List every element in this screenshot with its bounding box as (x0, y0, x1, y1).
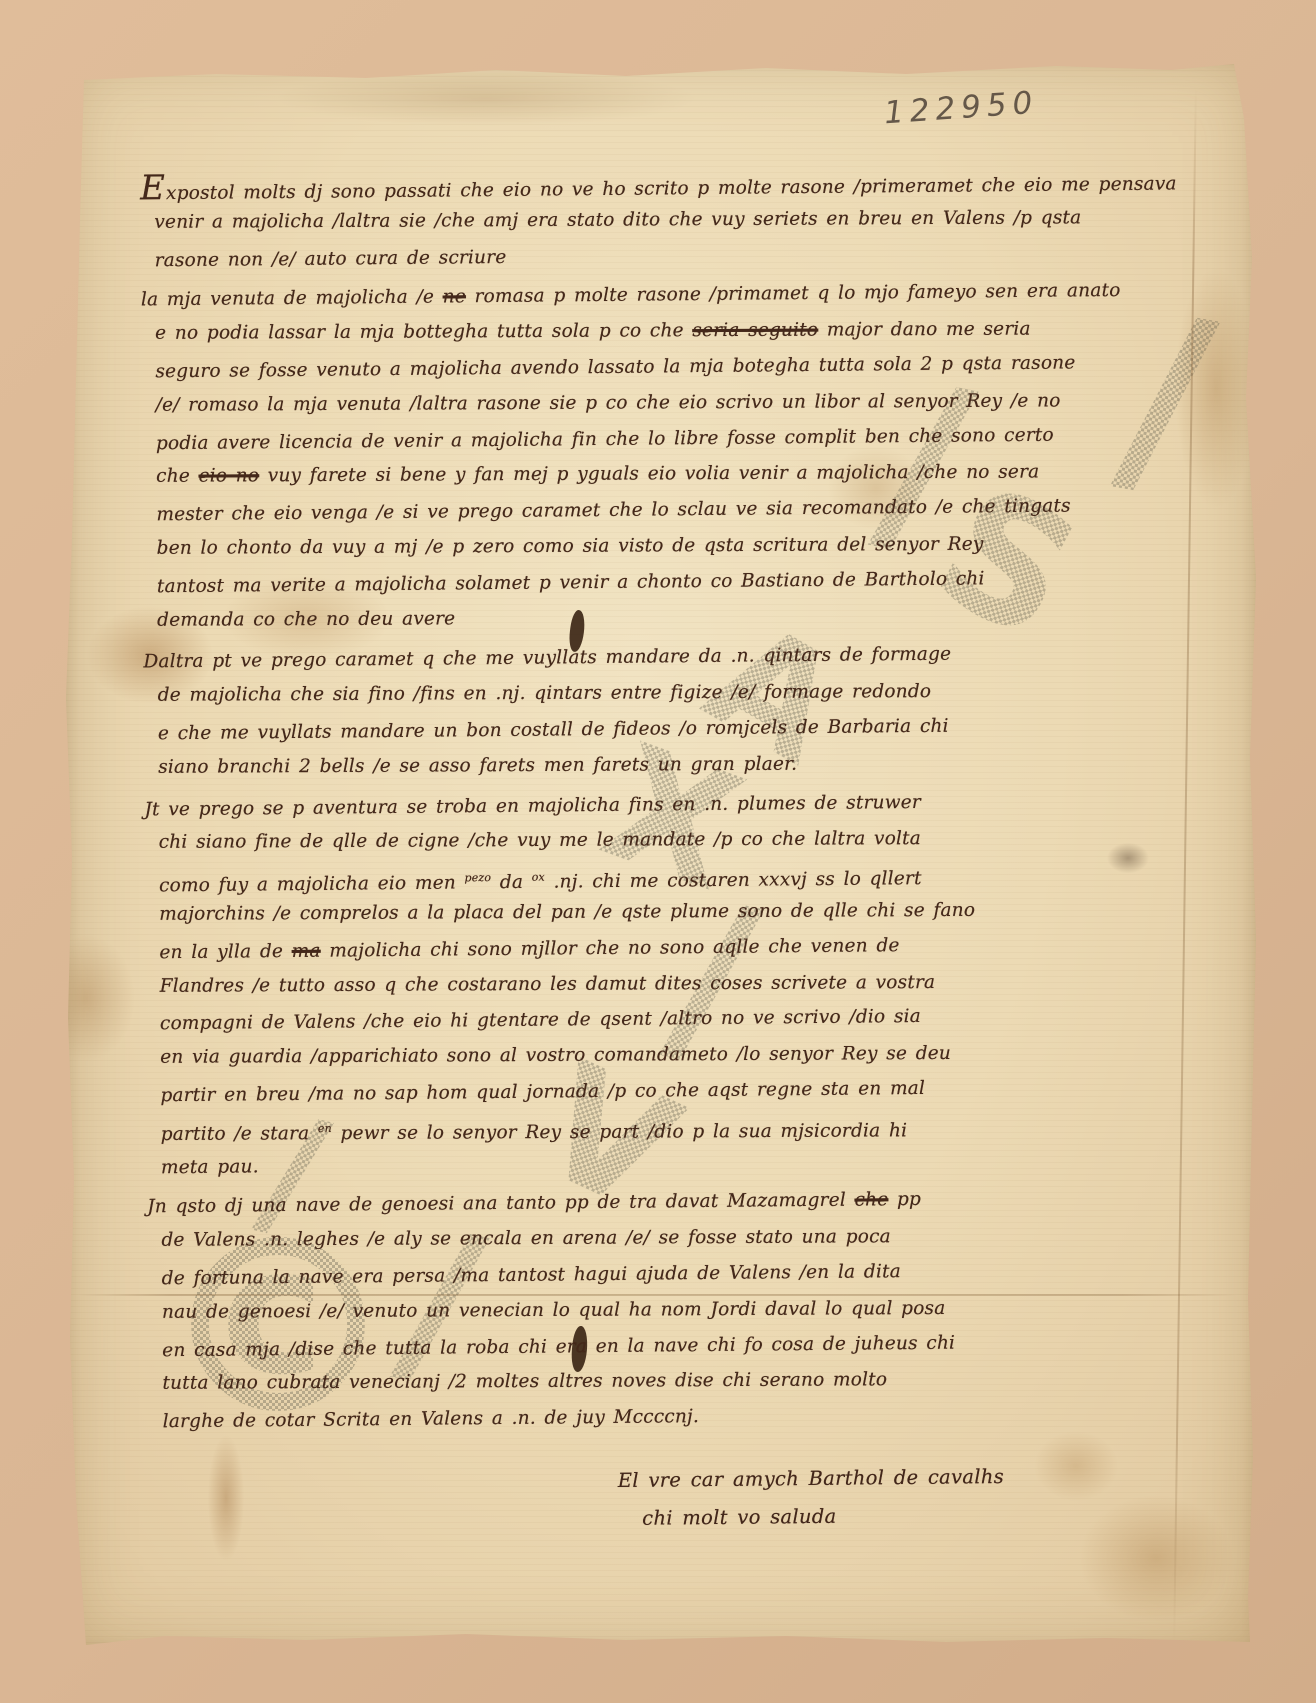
manuscript-line: demanda co che no deu avere (157, 597, 1199, 638)
letter-body: Expostol molts dj sono passati che eio n… (140, 163, 1205, 1439)
paragraph: Jt ve prego se p aventura se troba en ma… (144, 783, 1203, 1184)
paragraph: la mja venuta de majolicha /e ne romasa … (141, 274, 1199, 639)
manuscript-line: siano branchi 2 bells /e se asso farets … (158, 744, 1200, 785)
signature-block: El vre car amych Barthol de cavalhs chi … (618, 1458, 1005, 1538)
paragraph: Jn qsto dj una nave de genoesi ana tanto… (147, 1181, 1205, 1439)
archive-number: 122950 (883, 85, 1039, 132)
signature-line: chi molt vo saluda (642, 1496, 1005, 1538)
paragraph: Daltra pt ve prego caramet q che me vuyl… (143, 636, 1200, 787)
paragraph: Expostol molts dj sono passati che eio n… (140, 163, 1197, 278)
signature-line: El vre car amych Barthol de cavalhs (618, 1458, 1005, 1500)
manuscript-line: larghe de cotar Scrita en Valens a .n. d… (163, 1394, 1205, 1440)
manuscript-sheet: © ∕ S ∕ A X ∕ V ∕ ∕ 122950 Expostol molt… (66, 58, 1256, 1650)
photo-backdrop: © ∕ S ∕ A X ∕ V ∕ ∕ 122950 Expostol molt… (0, 0, 1316, 1703)
